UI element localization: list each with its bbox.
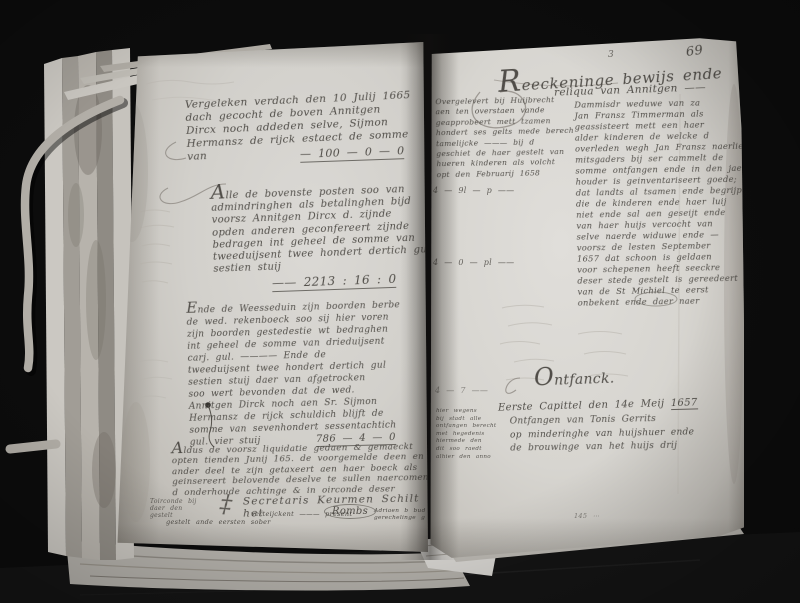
entry-1-amount: — 100 — 0 — 0 bbox=[300, 144, 405, 161]
edge-stain bbox=[68, 183, 84, 247]
notary-mark: ‡ bbox=[219, 490, 233, 519]
ledger-entry-2: Alle de bovenste posten soo vanadmindrin… bbox=[210, 178, 428, 276]
chapter-margin-note: hier wegensbij stadt alleontfangen berec… bbox=[436, 408, 496, 461]
handwritten-line: hier wegens bbox=[436, 408, 496, 416]
margin-sum: 4 — 0 — pl —— bbox=[433, 258, 514, 267]
handwritten-line: dit soo raedt bbox=[436, 446, 496, 454]
main-text-column: Dammisdr weduwe van zaJan Fransz Timmerm… bbox=[574, 96, 744, 308]
ghost-writing-margin bbox=[140, 210, 174, 283]
closing-statement: Aldus de voorsz liquidatie gedaen & gema… bbox=[172, 439, 428, 499]
entry-2-amount: —— 2213 : 16 : 0 bbox=[272, 272, 397, 290]
handwritten-line: bij stadt alle bbox=[436, 416, 496, 424]
margin-column: Overgelevert bij Huijbrechtaen ten overs… bbox=[435, 95, 574, 181]
attestation-note: Toirconde bijdaer dengestelt bbox=[150, 499, 197, 519]
right-page: 69 3 Reeckeninge bewijs ende reliqua van… bbox=[428, 34, 744, 560]
margin-sum: 4 — 7 —— bbox=[435, 386, 488, 395]
handwritten-line: hiermede den bbox=[436, 438, 496, 446]
signature-name: Rombs bbox=[324, 504, 376, 519]
left-page: Vergeleken verdach den 10 Julij 1665dach… bbox=[116, 42, 428, 554]
handwritten-line: alhier den anno bbox=[436, 454, 496, 462]
handwritten-line: ontfangen berecht bbox=[436, 423, 496, 431]
pen-flourish bbox=[166, 142, 186, 160]
handwritten-line: met hegedenis bbox=[436, 431, 496, 439]
edge-stain bbox=[86, 240, 106, 360]
ghost-writing-margin bbox=[138, 360, 172, 398]
ribbon-tie-end bbox=[10, 444, 56, 449]
manuscript-photograph: Vergeleken verdach den 10 Julij 1665dach… bbox=[0, 0, 800, 603]
section-heading-ontfanck: Ontfanck. bbox=[534, 361, 615, 392]
chapter-entry-body: Ontfangen van Tonis Gerritsop minderingh… bbox=[510, 412, 695, 456]
handwritten-line: Adriaen b bud get bbox=[374, 508, 428, 515]
paper-stain bbox=[122, 402, 150, 522]
margin-sum: 4 — 9l — p —— bbox=[433, 186, 514, 195]
underlined-year: 1657 bbox=[671, 397, 698, 410]
handwritten-line: gerechelinge g bbox=[374, 515, 428, 522]
edge-stain bbox=[92, 432, 116, 508]
ledger-entry-3: Ende de Weesseduin zijn boorden berbede … bbox=[186, 296, 404, 449]
signature-note-line: gestelt ande eersten sober bbox=[166, 518, 271, 526]
witness-note: Adriaen b bud getgerechelinge g bbox=[374, 508, 428, 521]
ghost-writing bbox=[146, 80, 234, 84]
circled-signature: Rombs bbox=[324, 506, 376, 517]
faint-page-mark: 145 ⋯ bbox=[574, 512, 599, 520]
pen-flourish bbox=[506, 378, 520, 393]
